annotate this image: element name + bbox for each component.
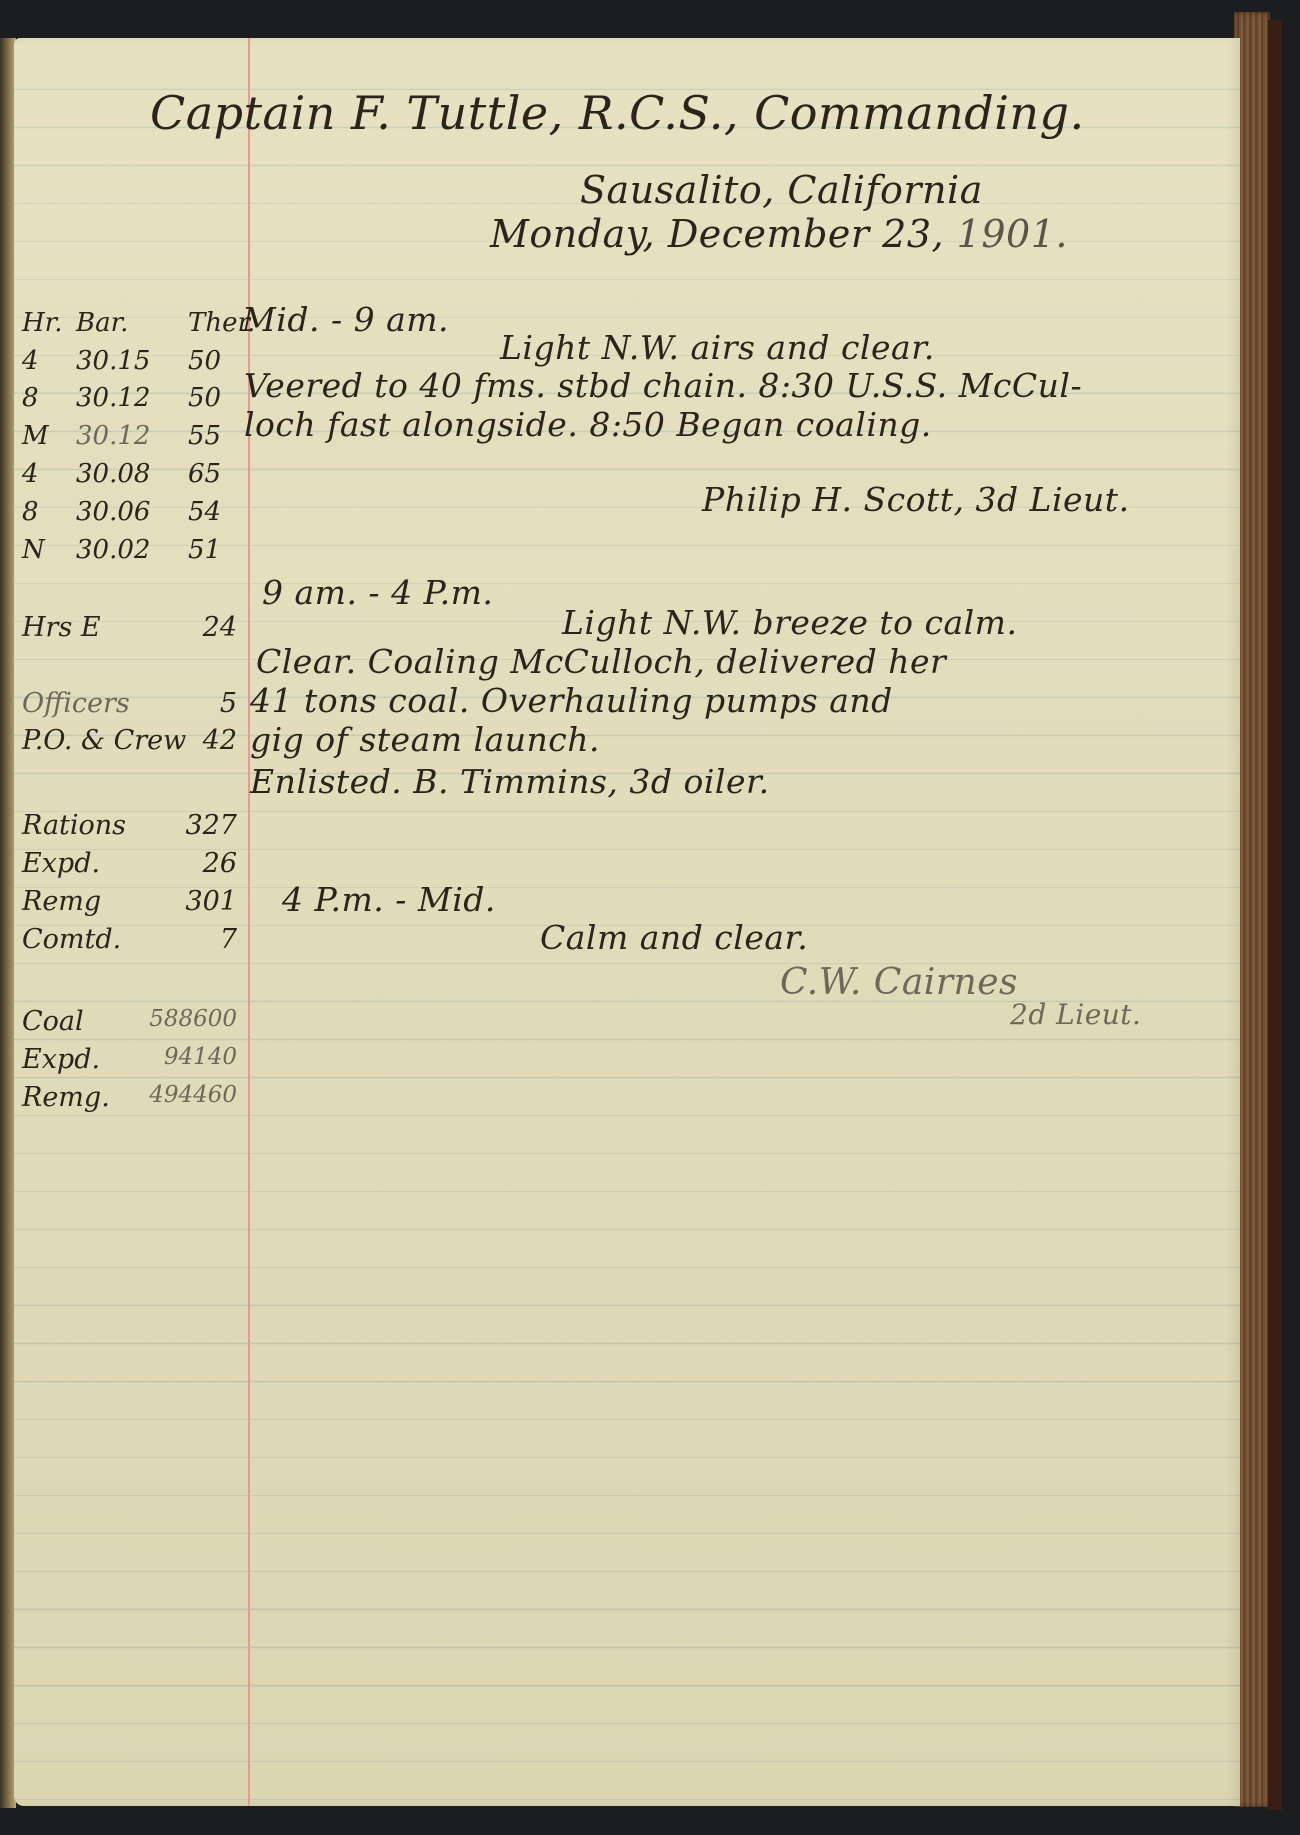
location: Sausalito, California [580, 168, 983, 212]
log-date: Monday, December 23, 1901. [490, 212, 1068, 256]
stat-value: 24 [203, 612, 237, 643]
stat-label: Expd. [22, 848, 100, 879]
cell-ther: 50 [188, 346, 221, 376]
cell-bar: 30.15 [76, 346, 150, 376]
watch-2-line: Clear. Coaling McCulloch, delivered her [256, 642, 946, 681]
stat-label: Coal [22, 1006, 84, 1037]
book-cover-edge [1268, 20, 1282, 1810]
date-year: 1901. [957, 212, 1068, 256]
stat-value: 26 [203, 848, 237, 879]
stat-label: Rations [22, 810, 126, 841]
cell-hr: 4 [22, 459, 39, 489]
watch-1-signature: Philip H. Scott, 3d Lieut. [702, 480, 1130, 519]
watch-3-signature: C.W. Cairnes [780, 962, 1018, 1003]
watch-2-line: 41 tons coal. Overhauling pumps and [250, 681, 893, 720]
col-header-bar: Bar. [76, 308, 128, 338]
cell-hr: 8 [22, 497, 39, 527]
watch-1-line: loch fast alongside. 8:50 Began coaling. [244, 405, 932, 444]
cell-ther: 54 [188, 497, 221, 527]
cell-hr: 8 [22, 383, 39, 413]
watch-2-time: 9 am. - 4 P.m. [262, 573, 493, 612]
watch-1-line: Light N.W. airs and clear. [500, 328, 935, 367]
stat-value: 94140 [164, 1044, 237, 1070]
date-day: Monday, December 23, [490, 212, 944, 256]
stat-value: 301 [185, 886, 237, 917]
cell-bar: 30.12 [76, 421, 150, 451]
cell-bar: 30.06 [76, 497, 150, 527]
watch-3-signature-rank: 2d Lieut. [1010, 998, 1141, 1031]
col-header-hr: Hr. [22, 308, 63, 338]
cell-ther: 50 [188, 383, 221, 413]
stat-label: Expd. [22, 1044, 100, 1075]
stat-label: Comtd. [22, 924, 121, 955]
stat-value: 588600 [149, 1006, 237, 1032]
watch-2-line: Enlisted. B. Timmins, 3d oiler. [250, 762, 770, 801]
stat-value: 327 [185, 810, 237, 841]
cell-ther: 65 [188, 459, 221, 489]
stat-value: 7 [220, 924, 237, 955]
stat-value: 494460 [149, 1082, 237, 1108]
stat-label: Remg [22, 886, 101, 917]
watch-3-line: Calm and clear. [540, 918, 808, 957]
stat-value: 42 [203, 725, 237, 756]
stat-label: Officers [22, 688, 130, 719]
cell-bar: 30.12 [76, 383, 150, 413]
cell-hr: M [22, 421, 49, 451]
watch-2-line: gig of steam launch. [250, 720, 600, 759]
watch-3-time: 4 P.m. - Mid. [282, 880, 496, 919]
stat-label: Remg. [22, 1082, 110, 1113]
cell-bar: 30.08 [76, 459, 150, 489]
stat-label: P.O. & Crew [22, 725, 186, 756]
cell-hr: N [22, 535, 45, 565]
watch-1-time: Mid. - 9 am. [242, 300, 449, 339]
cell-ther: 55 [188, 421, 221, 451]
stat-value: 5 [220, 688, 237, 719]
cell-hr: 4 [22, 346, 39, 376]
cell-ther: 51 [188, 535, 221, 565]
page-title: Captain F. Tuttle, R.C.S., Commanding. [150, 86, 1085, 140]
stat-label: Hrs E [22, 612, 101, 643]
cell-bar: 30.02 [76, 535, 150, 565]
watch-1-line: Veered to 40 fms. stbd chain. 8:30 U.S.S… [244, 366, 1082, 405]
watch-2-line: Light N.W. breeze to calm. [562, 603, 1017, 642]
